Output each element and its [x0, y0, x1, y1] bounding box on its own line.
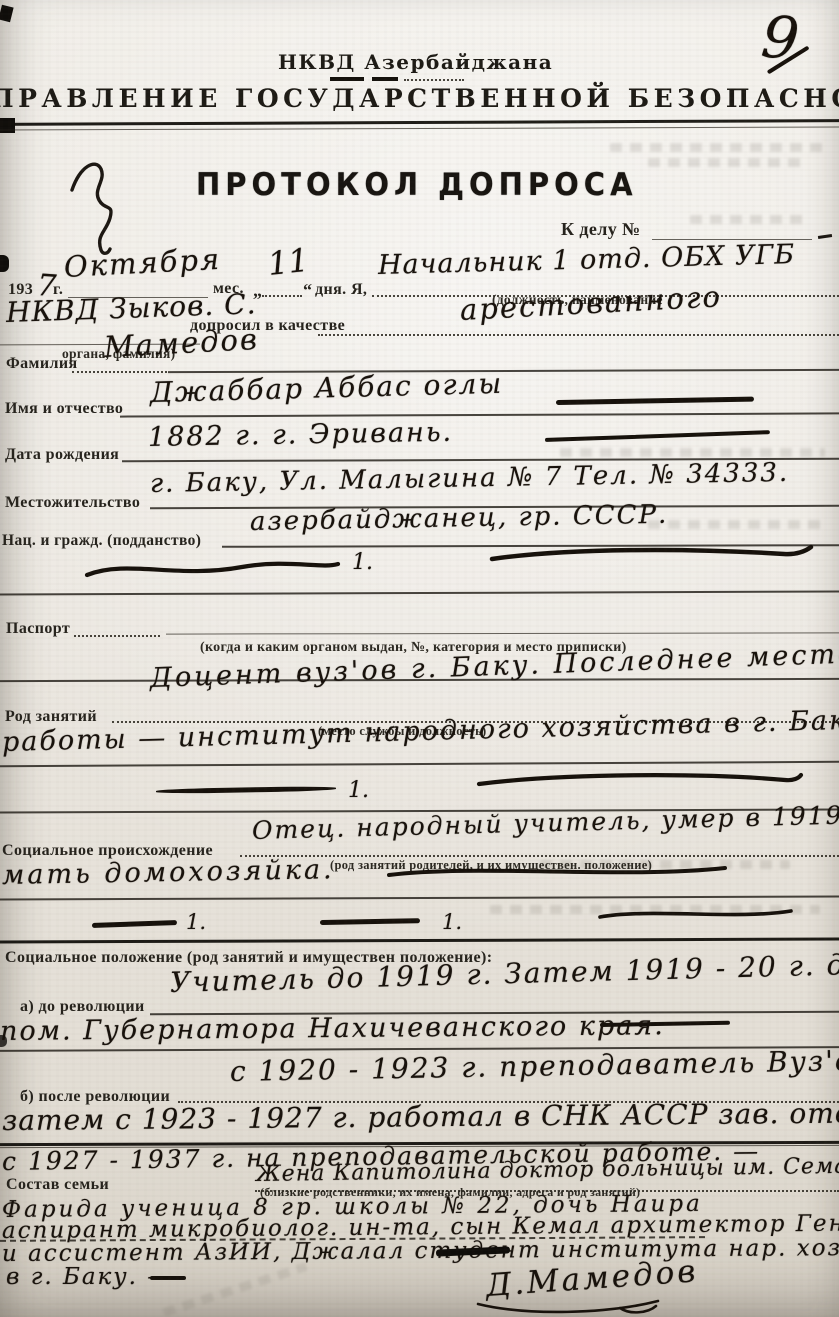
org-small-label: НКВД Азербайджана — [278, 50, 553, 74]
form-line — [166, 632, 839, 634]
case-no-line-end — [818, 234, 832, 239]
bleedthrough-mark — [690, 215, 810, 224]
hw-dash — [150, 1276, 186, 1280]
bleedthrough-mark — [610, 143, 825, 152]
case-no-label: К делу № — [561, 219, 641, 240]
hw-tick: 1. — [348, 778, 369, 803]
hw-nationality: азербайджанец, гр. СССР. — [250, 500, 669, 537]
scan-artifact — [0, 5, 14, 22]
hw-social-origin-1: Отец. народный учитель, умер в 1919 г. — [252, 800, 839, 845]
hw-surname: Мамедов — [103, 322, 259, 364]
hw-before-revolution-2: пом. Губернатора Нахичеванского края. — [0, 1010, 665, 1047]
hw-tick: 1. — [442, 910, 462, 934]
org-underline-mark — [330, 77, 364, 81]
field-occupation-label: Род занятий — [5, 708, 97, 726]
hw-family-4: и ассистент АзИИ, Джалал студент институ… — [2, 1234, 839, 1267]
signature-flourish — [472, 1296, 672, 1317]
form-line — [262, 295, 302, 297]
hw-social-origin-2: мать домохозяйка. — [2, 854, 335, 891]
before-revolution-label: а) до революции — [20, 998, 145, 1016]
form-line — [72, 371, 167, 373]
scanned-protocol-page: НКВД Азербайджана ПРАВЛЕНИЕ ГОСУДАРСТВЕН… — [0, 0, 839, 1317]
hw-dash — [545, 430, 770, 442]
hw-dash — [556, 397, 754, 405]
field-name-label: Имя и отчество — [5, 400, 123, 418]
hw-flourish-dash — [596, 906, 796, 924]
hw-tick: 1. — [186, 910, 206, 934]
hw-birth-date: 1882 г. г. Эривань. — [148, 417, 454, 453]
field-passport-label: Паспорт — [6, 620, 70, 638]
hw-month: Октября — [63, 242, 222, 284]
field-birth-label: Дата рождения — [5, 446, 119, 464]
hw-family-5: в г. Баку. — — [6, 1264, 172, 1290]
hw-flourish-dash — [82, 555, 344, 583]
bleedthrough-mark — [560, 448, 825, 457]
family-label: Состав семьи — [6, 1176, 109, 1194]
org-large-label: ПРАВЛЕНИЕ ГОСУДАРСТВЕННОЙ БЕЗОПАСНОСТИ — [0, 84, 839, 113]
hw-name-patronymic: Джаббар Аббас оглы — [150, 367, 504, 409]
form-line — [120, 412, 839, 417]
form-line — [74, 635, 160, 637]
field-residence-label: Местожительство — [5, 494, 140, 512]
day-close-quote: “ — [303, 280, 312, 301]
field-nationality-label: Нац. и гражд. (подданство) — [2, 532, 201, 550]
form-line — [0, 896, 839, 901]
hw-after-revolution-2: затем с 1923 - 1927 г. работал в СНК АСС… — [2, 1096, 839, 1137]
hw-flourish-dash — [475, 770, 805, 792]
scan-artifact — [0, 255, 9, 272]
header-divider — [0, 127, 839, 131]
hw-occupation-2: работы — институт народного хозяйства в … — [2, 704, 839, 758]
day-label: дня. Я, — [315, 281, 367, 299]
hw-flourish-dash — [488, 544, 816, 566]
handwritten-flourish — [62, 156, 142, 258]
hw-dash — [320, 918, 420, 925]
bleedthrough-mark — [648, 158, 808, 167]
hw-tick: 1. — [352, 550, 373, 575]
doc-title: ПРОТОКОЛ ДОПРОСА — [196, 166, 638, 203]
hw-flourish-dash — [385, 862, 730, 882]
section-divider — [0, 938, 839, 944]
bleedthrough-mark — [162, 1262, 307, 1317]
form-line — [0, 761, 839, 767]
hw-dash — [156, 786, 336, 794]
org-underline-mark — [372, 77, 398, 81]
bleedthrough-mark — [648, 520, 828, 529]
org-underline-dots — [404, 79, 464, 81]
hw-capacity: арестованного — [459, 279, 723, 327]
hw-residence: г. Баку, Ул. Малыгина № 7 Тел. № 34333. — [150, 458, 790, 499]
field-surname-label: Фамилия — [6, 355, 78, 373]
header-divider — [0, 119, 839, 126]
form-line — [318, 334, 839, 336]
form-line — [0, 591, 839, 596]
hw-day: 11 — [266, 241, 310, 283]
hw-interrogator: Начальник 1 отд. ОБХ УГБ — [378, 239, 796, 281]
hw-dash — [92, 920, 177, 928]
